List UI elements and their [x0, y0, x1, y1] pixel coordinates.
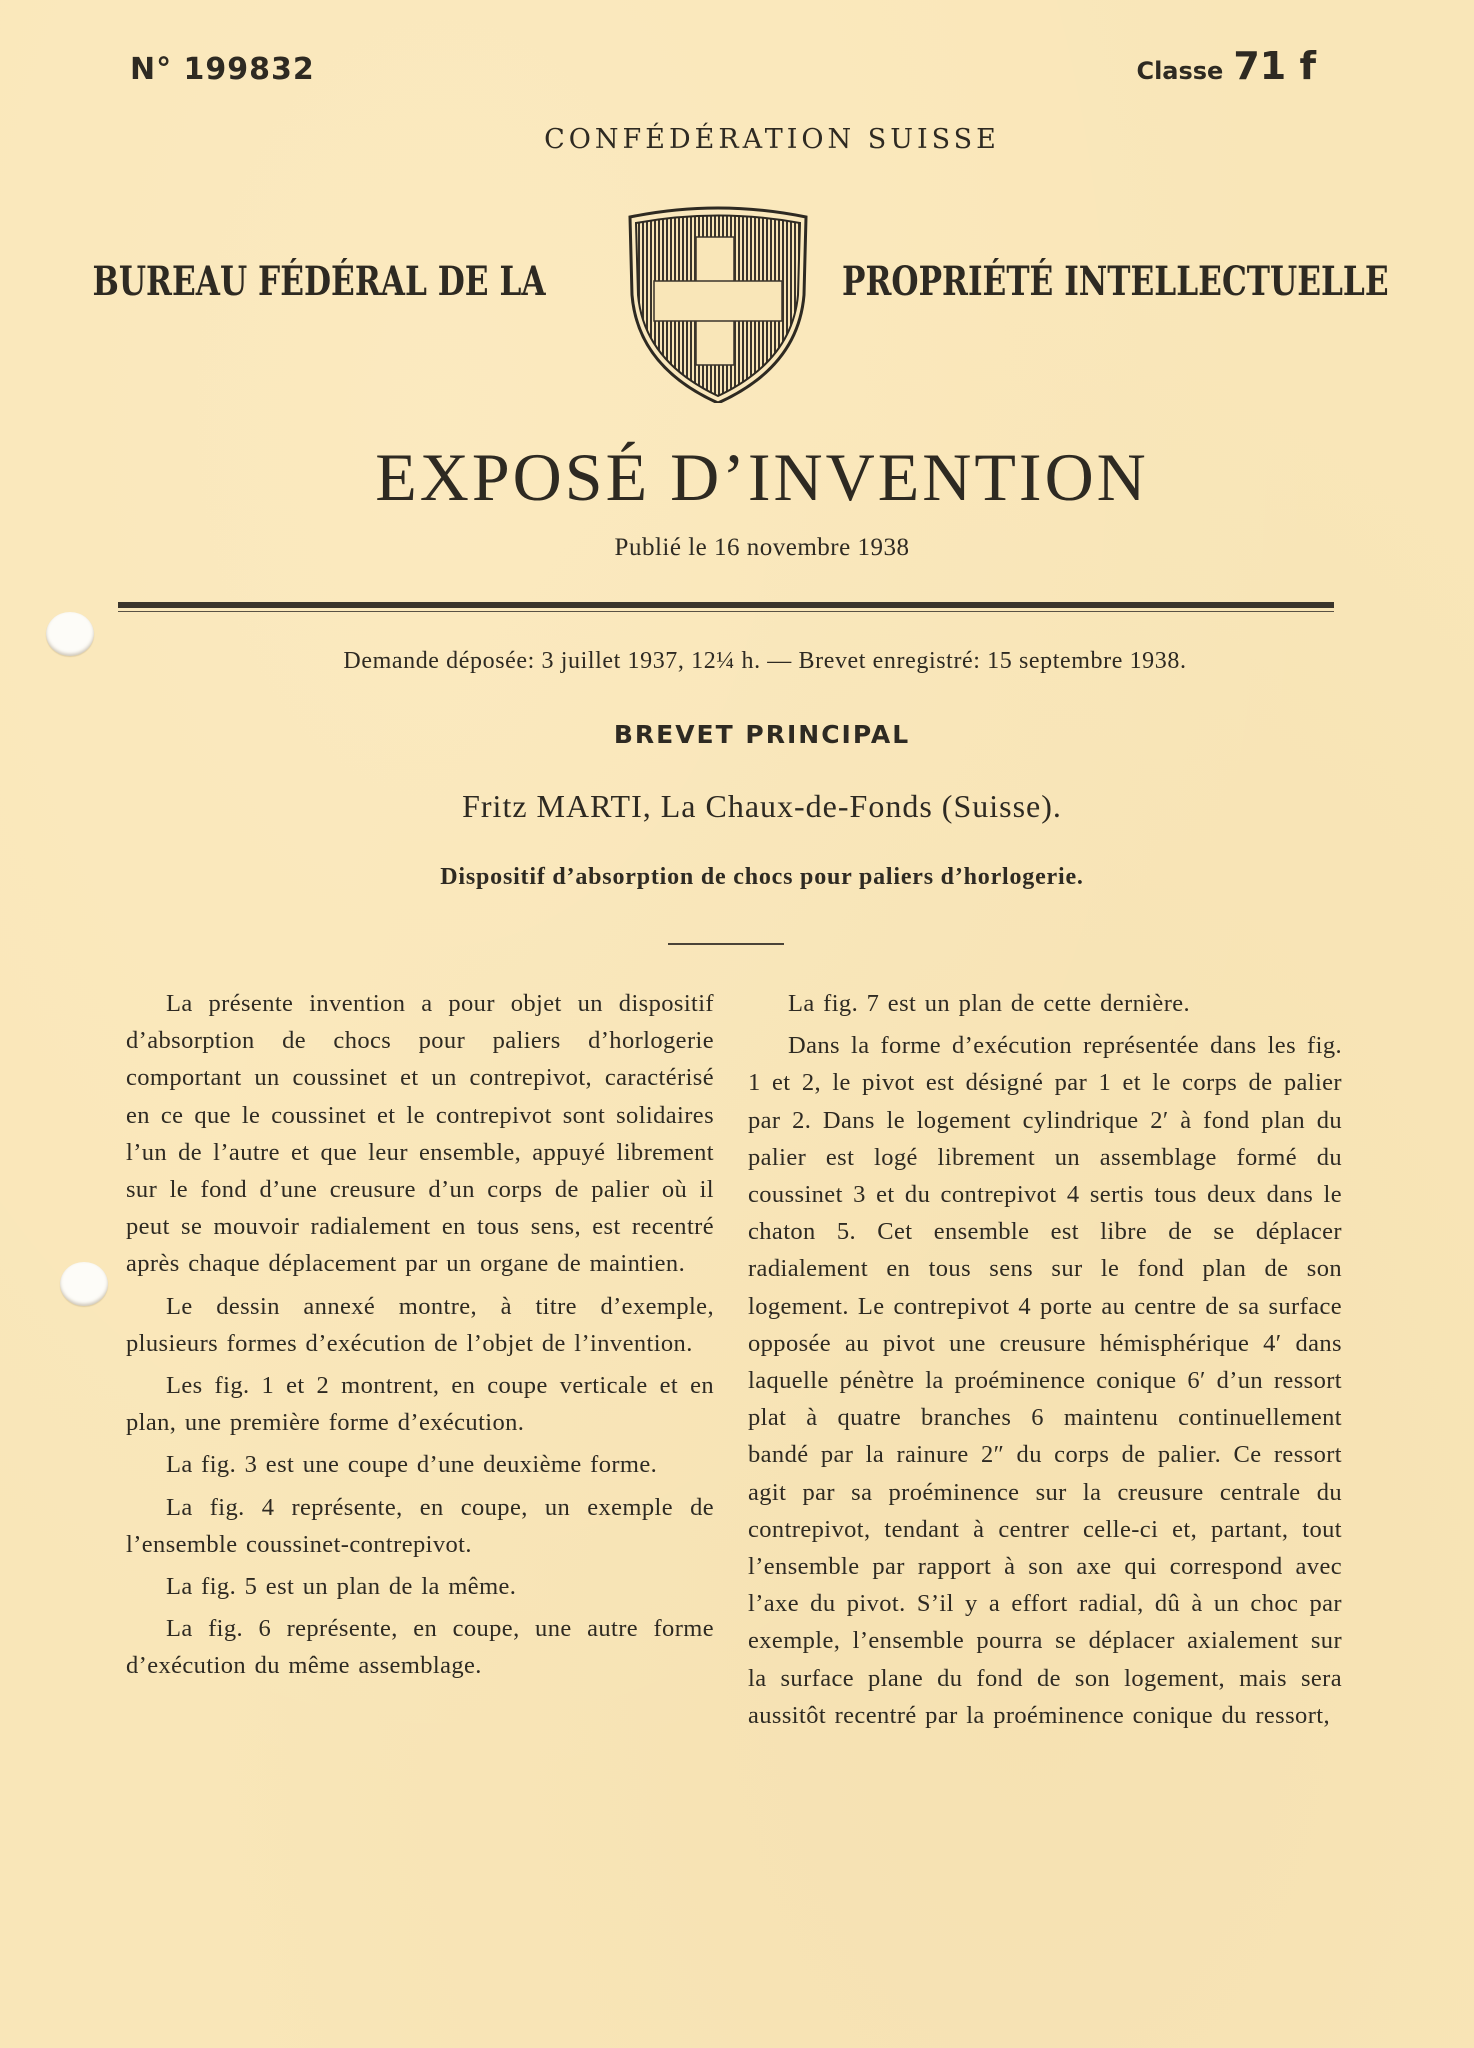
office-name-left: BUREAU FÉDÉRAL DE LA	[62, 258, 546, 305]
punch-hole-bottom	[60, 1262, 108, 1306]
paragraph: Le dessin annexé montre, à titre d’exemp…	[126, 1288, 714, 1362]
filing-dates: Demande déposée: 3 juillet 1937, 12¼ h. …	[0, 648, 1474, 675]
patent-page: N° 199832 Classe 71 f CONFÉDÉRATION SUIS…	[0, 0, 1474, 2048]
patent-type: BREVET PRINCIPAL	[0, 720, 1474, 749]
class-label: Classe	[1136, 57, 1223, 85]
paragraph: La présente invention a pour objet un di…	[126, 985, 714, 1283]
paragraph: La fig. 4 représente, en coupe, un exemp…	[126, 1489, 714, 1563]
paragraph: Les fig. 1 et 2 montrent, en coupe verti…	[126, 1367, 714, 1441]
right-column: La fig. 7 est un plan de cette dernière.…	[748, 985, 1342, 1739]
paragraph: La fig. 3 est une coupe d’une deuxième f…	[126, 1446, 714, 1483]
class-value: 71 f	[1233, 44, 1316, 88]
invention-title: Dispositif d’absorption de chocs pour pa…	[0, 864, 1474, 891]
inventor: Fritz MARTI, La Chaux-de-Fonds (Suisse).	[0, 788, 1474, 825]
swiss-shield-icon	[626, 203, 810, 403]
header-divider	[118, 602, 1334, 608]
patent-number: N° 199832	[130, 52, 315, 87]
publication-date: Publié le 16 novembre 1938	[0, 534, 1474, 562]
patent-class: Classe 71 f	[1136, 44, 1316, 88]
title-separator	[668, 943, 784, 945]
paragraph: La fig. 6 représente, en coupe, une autr…	[126, 1610, 714, 1684]
office-name-right: PROPRIÉTÉ INTELLECTUELLE	[842, 258, 1389, 305]
paragraph: Dans la forme d’exécution représentée da…	[748, 1027, 1342, 1734]
paragraph: La fig. 5 est un plan de la même.	[126, 1568, 714, 1605]
country-heading: CONFÉDÉRATION SUISSE	[0, 124, 1474, 155]
paragraph: La fig. 7 est un plan de cette dernière.	[748, 985, 1342, 1022]
document-title: EXPOSÉ D’INVENTION	[0, 438, 1474, 517]
header-divider-thin	[118, 611, 1334, 612]
left-column: La présente invention a pour objet un di…	[126, 985, 714, 1690]
